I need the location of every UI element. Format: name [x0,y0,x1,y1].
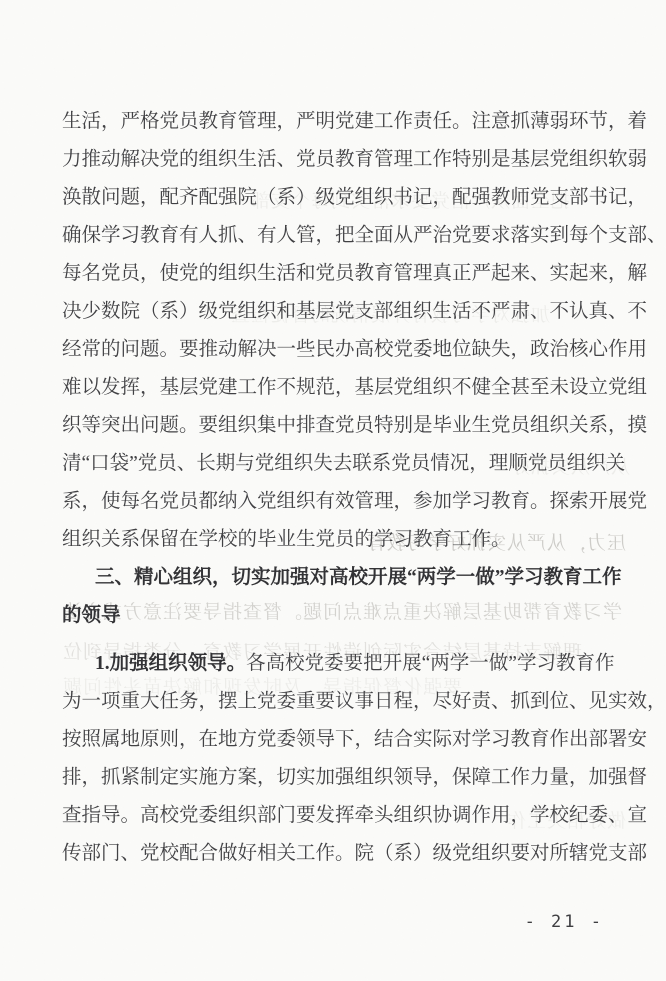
text-line: 清“口袋”党员、长期与党组织失去联系党员情况，理顺党员组织关 [62,445,609,483]
text-line: 力推动解决党的组织生活、党员教育管理工作特别是基层党组织软弱 [62,141,609,179]
text-line: 生活，严格党员教育管理，严明党建工作责任。注意抓薄弱环节，着 [62,103,609,141]
text-run: 各高校党委要把开展“两学一做”学习教育作 [246,653,614,674]
text-line: 涣散问题，配齐配强院（系）级党组织书记，配强教师党支部书记， [62,179,609,217]
text-line: 系，使每名党员都纳入党组织有效管理，参加学习教育。探索开展党 [62,483,609,521]
text-line: 按照属地原则，在地方党委领导下，结合实际对学习教育作出部署安 [62,721,609,759]
text-line: 决少数院（系）级党组织和基层党支部组织生活不严肃、不认真、不 [62,293,609,331]
text-line: 难以发挥，基层党建工作不规范，基层党组织不健全甚至未设立党组 [62,369,609,407]
text-line: 确保学习教育有人抓、有人管，把全面从严治党要求落实到每个支部、 [62,217,609,255]
text-line: 排，抓紧制定实施方案，切实加强组织领导，保障工作力量，加强督 [62,759,609,797]
section-heading-line: 的领导 [62,597,609,635]
scanned-document-page: 压力，从严从实抓好学习教育学习教育帮助基层解决重点难点问题。督查指导要注意方式方… [0,0,666,981]
text-line: 1.加强组织领导。各高校党委要把开展“两学一做”学习教育作 [62,645,609,683]
section-heading-line: 三、精心组织，切实加强对高校开展“两学一做”学习教育工作 [62,559,609,597]
paragraph-lead-bold: 1.加强组织领导。 [95,653,246,674]
text-line: 组织关系保留在学校的毕业生党员的学习教育工作。 [62,521,609,559]
text-line: 经常的问题。要推动解决一些民办高校党委地位缺失，政治核心作用 [62,331,609,369]
text-line: 织等突出问题。要组织集中排查党员特别是毕业生党员组织关系，摸 [62,407,609,445]
text-line: 查指导。高校党委组织部门要发挥牵头组织协调作用，学校纪委、宣 [62,797,609,835]
text-line: 传部门、党校配合做好相关工作。院（系）级党组织要对所辖党支部 [62,835,609,873]
text-line: 每名党员，使党的组织生活和党员教育管理真正严起来、实起来，解 [62,255,609,293]
page-number: - 21 - [525,912,604,932]
text-line: 为一项重大任务，摆上党委重要议事日程，尽好责、抓到位、见实效， [62,683,609,721]
text-block: 生活，严格党员教育管理，严明党建工作责任。注意抓薄弱环节，着力推动解决党的组织生… [62,103,609,873]
